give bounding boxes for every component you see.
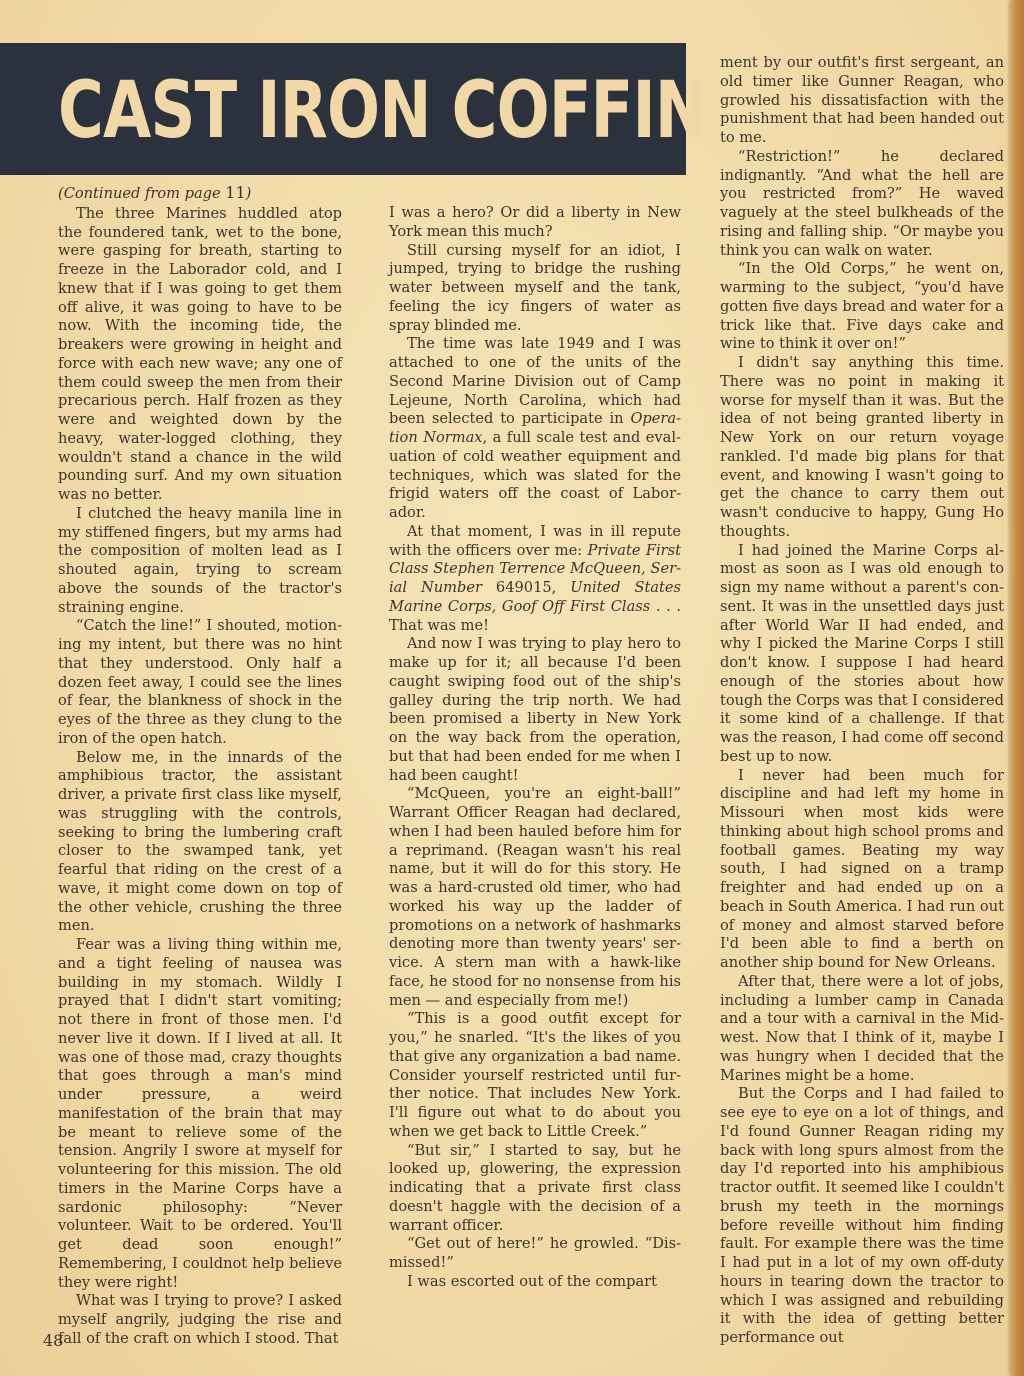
- paragraph: Below me, in the innards of the amphibio…: [58, 749, 342, 937]
- article-title: CAST IRON COFFIN: [58, 51, 706, 171]
- continued-page-ref[interactable]: 11: [225, 183, 245, 202]
- paragraph: “But sir,” I started to say, but he look…: [389, 1142, 681, 1236]
- paragraph: What was I trying to prove? I asked myse…: [58, 1292, 342, 1348]
- paragraph: “Restriction!” he declared indignant­ly.…: [720, 148, 1004, 261]
- paragraph: “Catch the line!” I shouted, motion­ing …: [58, 617, 342, 748]
- paragraph: And now I was trying to play hero to mak…: [389, 635, 681, 785]
- serial-number: 649015,: [482, 579, 570, 596]
- paragraph: “In the Old Corps,” he went on, warming …: [720, 260, 1004, 354]
- paragraph: At that moment, I was in ill repute with…: [389, 523, 681, 636]
- paragraph: I was escorted out of the compart­: [389, 1273, 681, 1292]
- paragraph: I clutched the heavy manila line in my s…: [58, 505, 342, 618]
- paragraph: But the Corps and I had failed to see ey…: [720, 1085, 1004, 1348]
- paragraph: ment by our outfit's first sergeant, an …: [720, 54, 1004, 148]
- paragraph: I had joined the Marine Corps al­most as…: [720, 542, 1004, 767]
- paragraph: Still cursing myself for an idiot, I jum…: [389, 242, 681, 336]
- paragraph: “Get out of here!” he growled. “Dis­miss…: [389, 1235, 681, 1273]
- paragraph: Fear was a living thing within me, and a…: [58, 936, 342, 1292]
- title-banner: CAST IRON COFFIN: [0, 43, 686, 175]
- paragraph: The three Marines huddled atop the found…: [58, 205, 342, 505]
- text-column-3: ment by our outfit's first sergeant, an …: [720, 54, 1004, 1348]
- text-column-2: I was a hero? Or did a liberty in New Yo…: [389, 204, 681, 1292]
- page-number: 48: [43, 1331, 63, 1350]
- paragraph: I never had been much for discipline and…: [720, 767, 1004, 973]
- paragraph: “This is a good outfit except for you,” …: [389, 1010, 681, 1141]
- paragraph: I was a hero? Or did a liberty in New Yo…: [389, 204, 681, 242]
- paragraph: After that, there were a lot of jobs, in…: [720, 973, 1004, 1086]
- paragraph: The time was late 1949 and I was attache…: [389, 335, 681, 523]
- continued-note: (Continued from page 11): [58, 184, 342, 204]
- paragraph: “McQueen, you're an eight-ball!” Warrant…: [389, 785, 681, 1010]
- text-column-1: (Continued from page 11) The three Marin…: [58, 184, 342, 1349]
- paragraph: I didn't say anything this time. There w…: [720, 354, 1004, 542]
- page-binding-edge: [1011, 0, 1024, 1376]
